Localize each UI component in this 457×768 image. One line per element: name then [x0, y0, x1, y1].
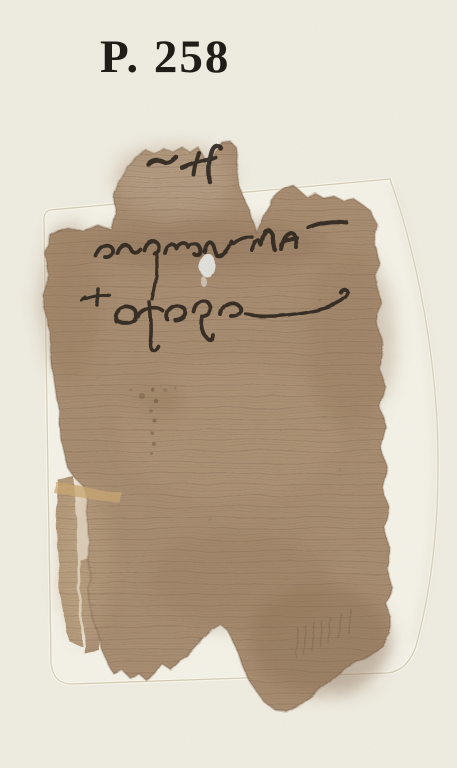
papyrus-photograph: P. 258: [0, 0, 457, 768]
papyrus-scene: [0, 0, 457, 768]
paper-grain-overlay: [0, 0, 457, 768]
